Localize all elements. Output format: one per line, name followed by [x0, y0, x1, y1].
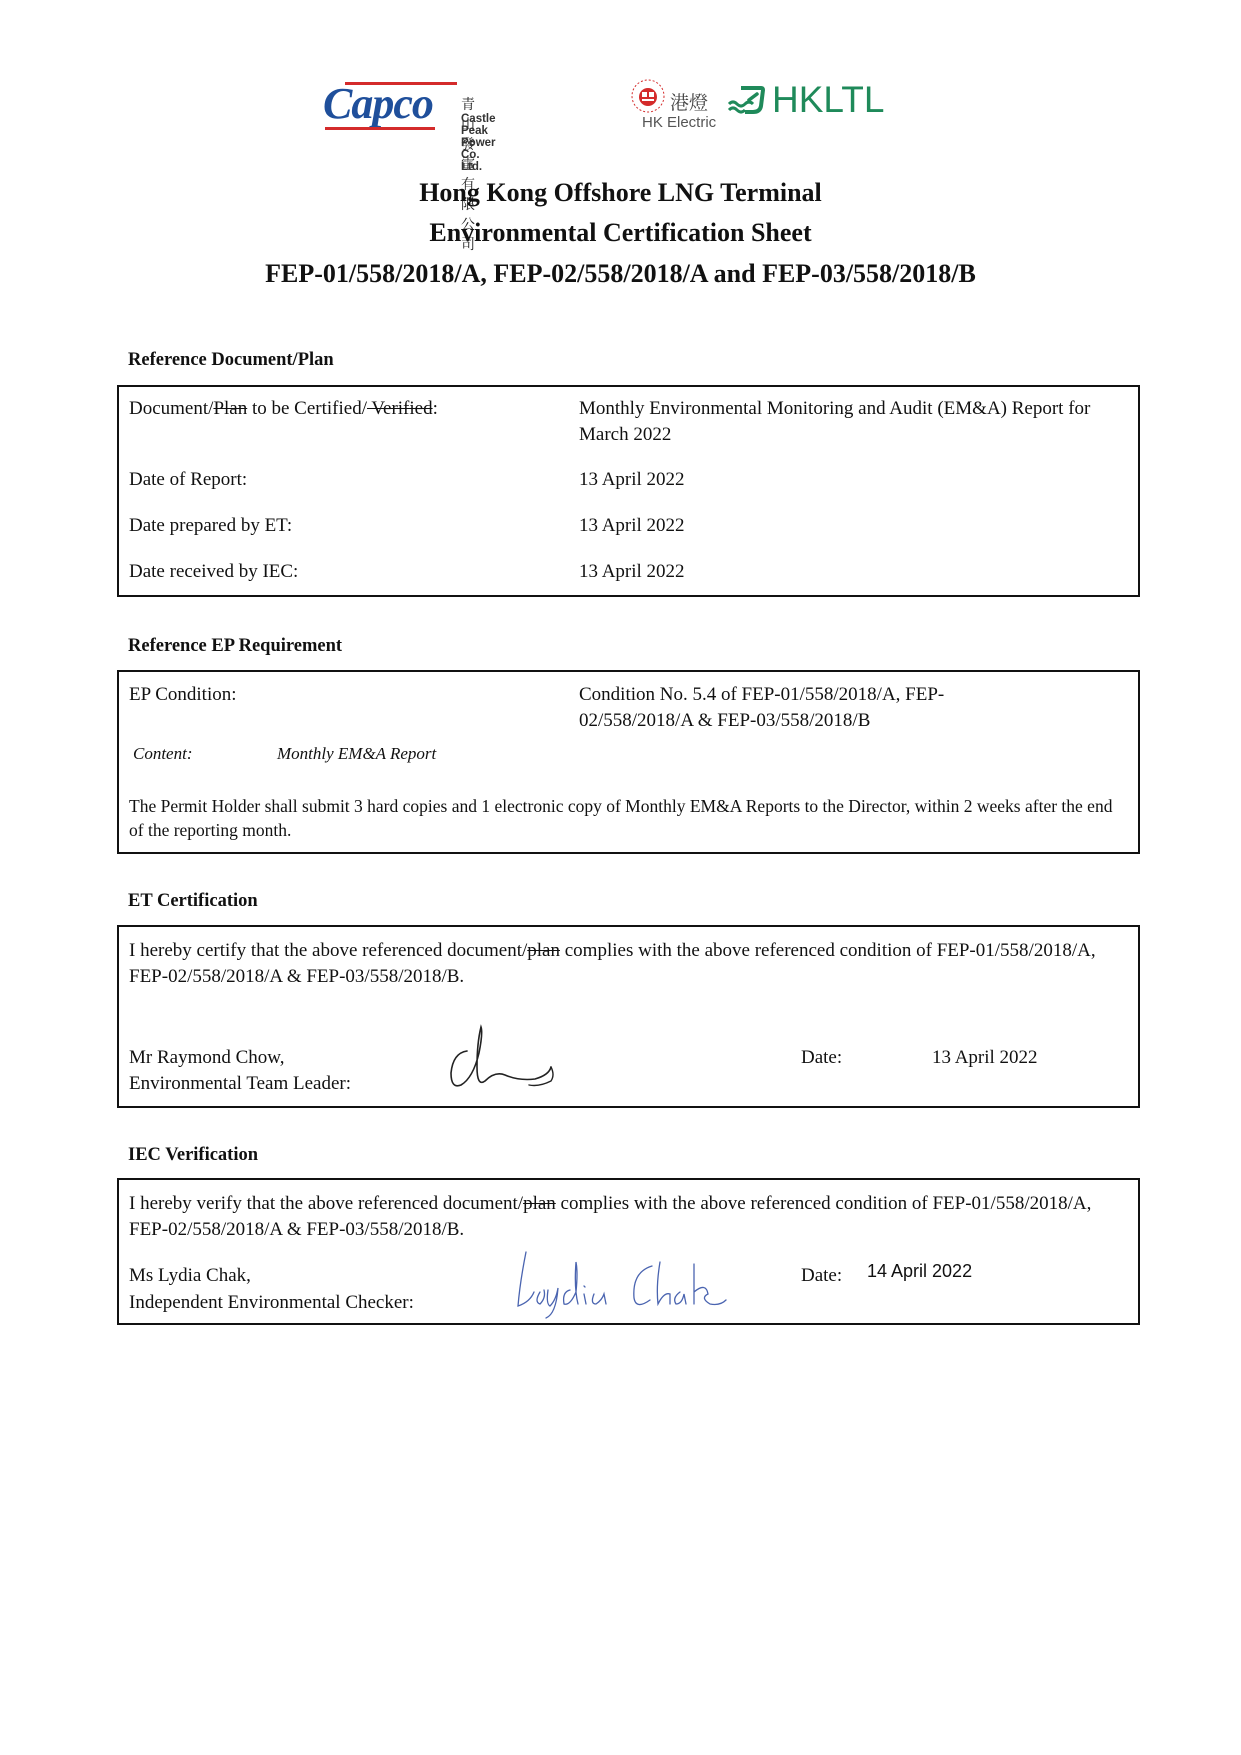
iec-verification-box: I hereby verify that the above reference… — [117, 1178, 1140, 1325]
struck-verified: Verified — [367, 398, 433, 419]
hk-electric-emblem-icon — [630, 78, 666, 114]
document-to-be-certified-value: Monthly Environmental Monitoring and Aud… — [579, 396, 1119, 448]
capco-logo: Capco 青山發電有限公司 Castle Peak Power Co. Ltd… — [0, 78, 1, 79]
et-date-label: Date: — [801, 1045, 842, 1071]
date-of-report-value: 13 April 2022 — [579, 467, 685, 493]
section-heading-reference-document: Reference Document/Plan — [128, 350, 334, 371]
content-value: Monthly EM&A Report — [277, 744, 436, 764]
et-certification-statement: I hereby certify that the above referenc… — [129, 938, 1129, 990]
statement-part: I hereby verify that the above reference… — [129, 1193, 523, 1214]
iec-signature-image — [504, 1242, 734, 1322]
capco-stripe-bottom — [325, 127, 435, 130]
label-part: to be Certified/ — [247, 398, 367, 419]
iec-date-value: 14 April 2022 — [867, 1261, 972, 1282]
ep-requirement-description: The Permit Holder shall submit 3 hard co… — [129, 794, 1129, 842]
document-subtitle: Environmental Certification Sheet — [0, 218, 1241, 248]
document-title: Hong Kong Offshore LNG Terminal — [0, 178, 1241, 208]
hk-electric-chinese-name: 港燈 — [670, 88, 708, 115]
date-of-report-label: Date of Report: — [129, 467, 247, 493]
hkltl-leaf-wave-icon — [727, 84, 769, 116]
capco-english-name: Castle Peak Power Co. Ltd. — [461, 113, 496, 173]
statement-part: I hereby certify that the above referenc… — [129, 940, 527, 961]
hk-electric-english-name: HK Electric — [642, 114, 716, 131]
hkltl-wordmark: HKLTL — [772, 80, 884, 120]
et-signer-name: Mr Raymond Chow, — [129, 1045, 285, 1071]
reference-document-box: Document/Plan to be Certified/ Verified:… — [117, 385, 1140, 597]
et-signature-image — [439, 1023, 589, 1093]
section-heading-ep-requirement: Reference EP Requirement — [128, 636, 342, 657]
ep-condition-label: EP Condition: — [129, 682, 237, 708]
iec-signer-name: Ms Lydia Chak, — [129, 1263, 251, 1289]
document-to-be-certified-label: Document/Plan to be Certified/ Verified: — [129, 396, 438, 422]
section-heading-et-certification: ET Certification — [128, 891, 258, 912]
date-prepared-by-et-value: 13 April 2022 — [579, 513, 685, 539]
section-heading-iec-verification: IEC Verification — [128, 1145, 258, 1166]
et-certification-box: I hereby certify that the above referenc… — [117, 925, 1140, 1108]
ep-requirement-box: EP Condition: Condition No. 5.4 of FEP-0… — [117, 670, 1140, 854]
et-date-value: 13 April 2022 — [932, 1045, 1038, 1071]
struck-plan: plan — [523, 1193, 556, 1214]
iec-date-label: Date: — [801, 1263, 842, 1289]
content-label: Content: — [133, 744, 193, 764]
ep-condition-value: Condition No. 5.4 of FEP-01/558/2018/A, … — [579, 682, 1049, 734]
capco-wordmark: Capco — [323, 82, 433, 126]
iec-signer-role: Independent Environmental Checker: — [129, 1290, 414, 1316]
date-received-by-iec-value: 13 April 2022 — [579, 559, 685, 585]
label-part: Document/ — [129, 398, 213, 419]
date-prepared-by-et-label: Date prepared by ET: — [129, 513, 292, 539]
date-received-by-iec-label: Date received by IEC: — [129, 559, 298, 585]
logo-bar: Capco 青山發電有限公司 Castle Peak Power Co. Ltd… — [0, 78, 1241, 138]
et-signer-role: Environmental Team Leader: — [129, 1071, 351, 1097]
struck-plan: Plan — [213, 398, 247, 419]
label-part: : — [433, 398, 438, 419]
struck-plan: plan — [527, 940, 560, 961]
iec-verification-statement: I hereby verify that the above reference… — [129, 1191, 1129, 1243]
permit-references: FEP-01/558/2018/A, FEP-02/558/2018/A and… — [0, 259, 1241, 289]
